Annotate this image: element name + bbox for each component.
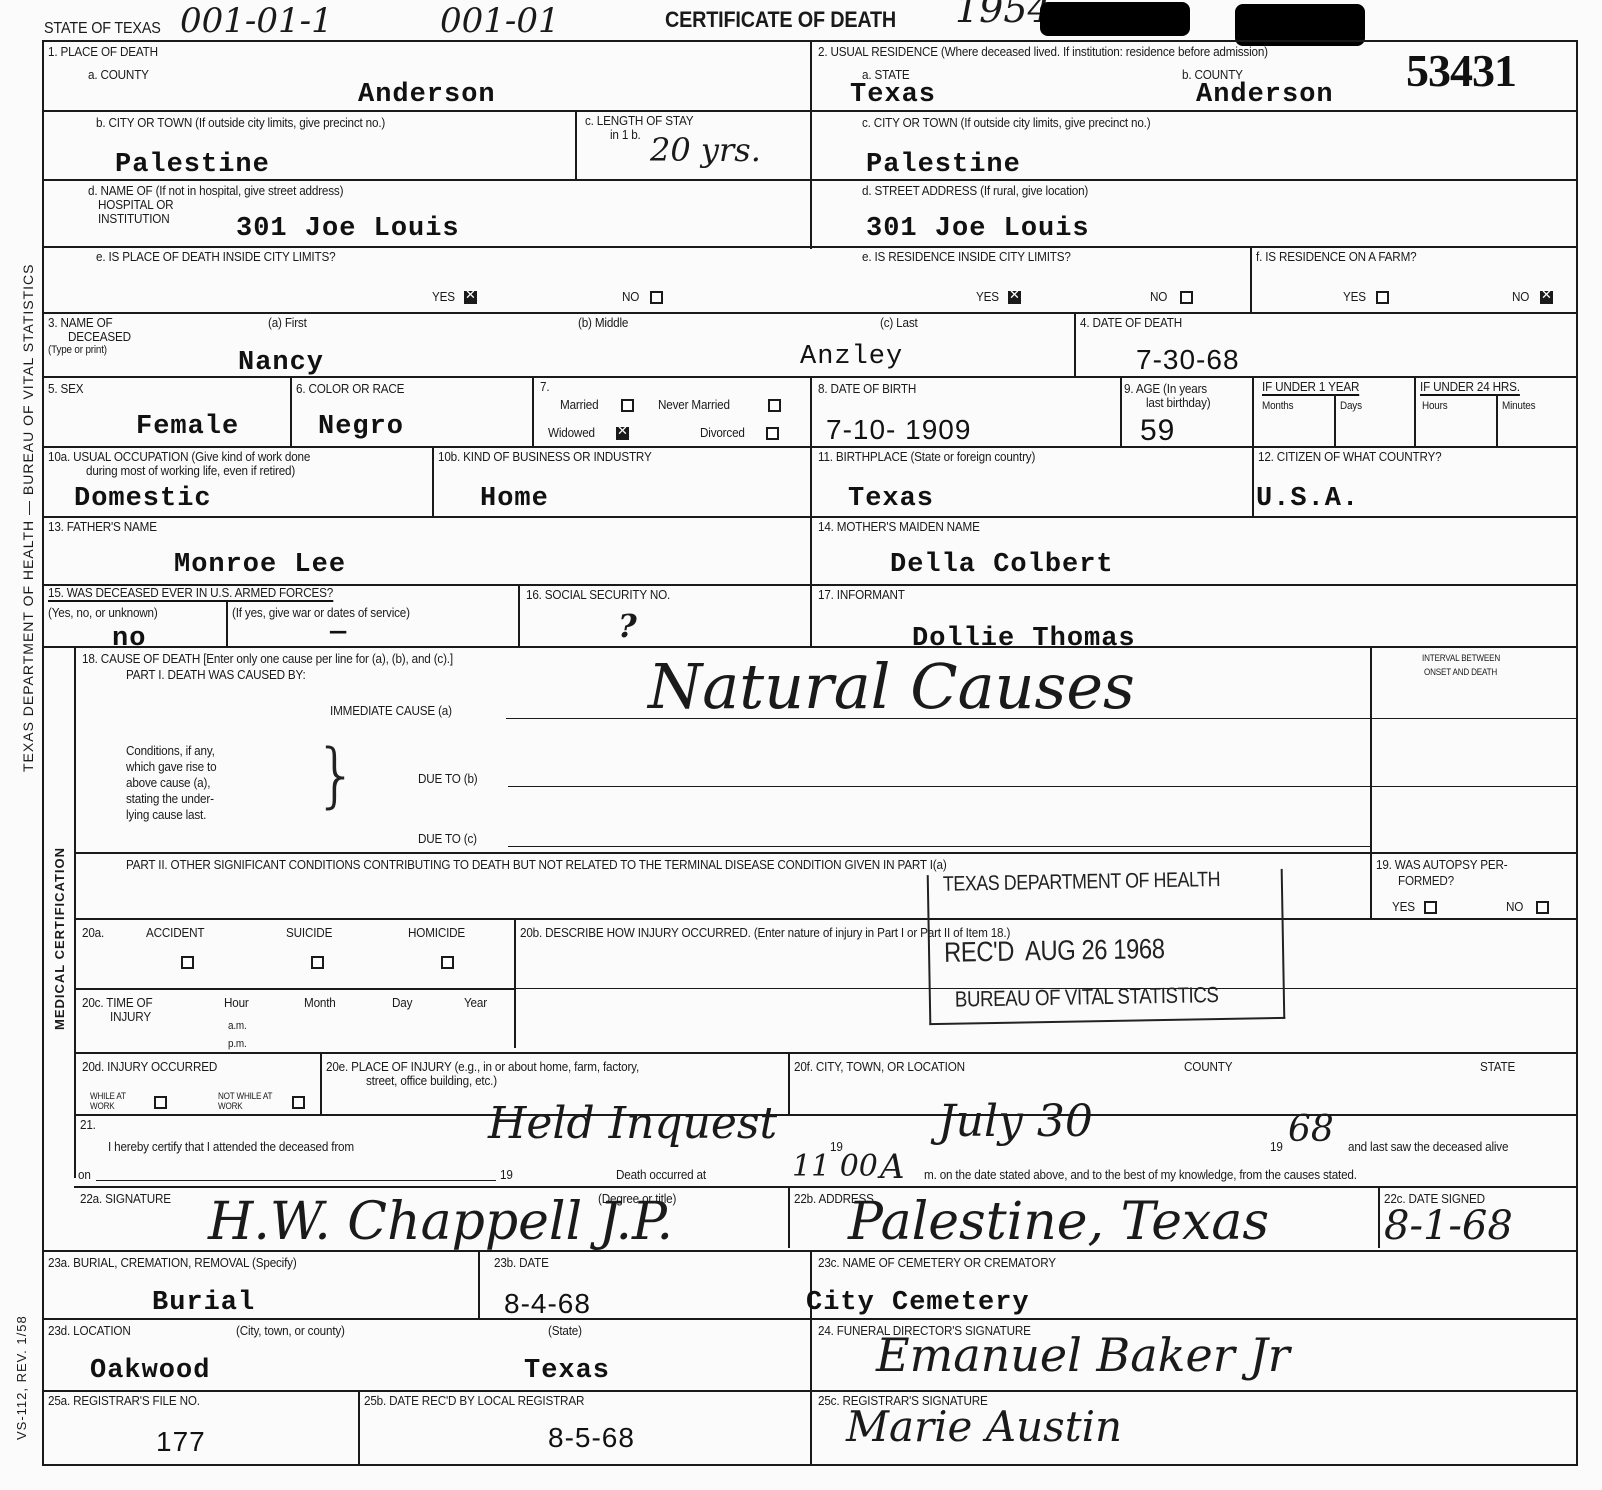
informant-value: Dollie Thomas	[912, 626, 1136, 653]
medical-certification-side-text: MEDICAL CERTIFICATION	[52, 847, 67, 1030]
death-inside-yes-checkbox[interactable]	[464, 291, 477, 304]
certification-19-year: 19	[1270, 1140, 1283, 1154]
immediate-cause-label: IMMEDIATE CAUSE (a)	[330, 704, 452, 718]
divider	[226, 602, 228, 646]
registrar-date-value: 8-5-68	[548, 1424, 635, 1452]
not-while-work-label: NOT WHILE AT WORK	[218, 1092, 281, 1112]
conditions-brace: }	[314, 740, 359, 810]
burial-date-label: 23b. DATE	[494, 1256, 549, 1270]
residence-inside-no-checkbox[interactable]	[1180, 291, 1193, 304]
stay-value: 20 yrs.	[650, 134, 761, 166]
divider	[810, 446, 812, 516]
conditions-line-1: Conditions, if any,	[126, 744, 215, 758]
residence-inside-yes-checkbox[interactable]	[1008, 291, 1021, 304]
citizen-label: 12. CITIZEN OF WHAT COUNTRY?	[1258, 450, 1441, 464]
location-state-value: Texas	[524, 1358, 610, 1385]
registrar-file-value: 177	[156, 1428, 206, 1456]
divider	[290, 376, 292, 446]
divider	[1496, 394, 1498, 446]
while-work-checkbox[interactable]	[154, 1096, 167, 1109]
day-label: Day	[392, 996, 412, 1010]
injury-state-label: STATE	[1480, 1060, 1515, 1074]
death-inside-limits-label: e. IS PLACE OF DEATH INSIDE CITY LIMITS?	[96, 250, 335, 264]
divider	[1252, 446, 1254, 516]
residence-city-value: Palestine	[866, 152, 1021, 179]
due-to-c-label: DUE TO (c)	[418, 832, 477, 846]
race-label: 6. COLOR OR RACE	[296, 382, 404, 396]
armed-war-value: —	[330, 620, 347, 647]
not-while-work-checkbox[interactable]	[292, 1096, 305, 1109]
place-of-death-label: 1. PLACE OF DEATH	[48, 45, 158, 59]
location-state-label: (State)	[548, 1324, 582, 1338]
divider	[810, 376, 812, 446]
farm-no-label: NO	[1512, 290, 1529, 304]
conditions-line-3: above cause (a),	[126, 776, 210, 790]
widowed-checkbox[interactable]	[616, 427, 629, 440]
handwritten-code-1: 001-01-1	[180, 4, 333, 38]
row-divider	[42, 646, 1577, 648]
physician-signature: H.W. Chappell J.P.	[208, 1196, 673, 1248]
form-number-side-text: VS-112, REV. 1/58	[14, 1315, 29, 1440]
suicide-checkbox[interactable]	[311, 956, 324, 969]
divider	[320, 1052, 322, 1114]
age-label-2: last birthday)	[1146, 396, 1210, 410]
hospital-label-3: INSTITUTION	[98, 212, 169, 226]
burial-date-value: 8-4-68	[504, 1290, 591, 1318]
divider	[518, 584, 520, 646]
death-date-value: 7-30-68	[1136, 346, 1240, 374]
injury-type-label: 20a.	[82, 926, 104, 940]
row-divider	[42, 110, 1577, 112]
farm-label: f. IS RESIDENCE ON A FARM?	[1256, 250, 1416, 264]
burial-method-value: Burial	[152, 1290, 255, 1317]
days-label: Days	[1340, 400, 1362, 412]
registrar-date-label: 25b. DATE REC'D BY LOCAL REGISTRAR	[364, 1394, 584, 1408]
hour-label: Hour	[224, 996, 249, 1010]
frame-bottom	[42, 1464, 1578, 1466]
residence-inside-yes-label: YES	[976, 290, 999, 304]
residence-county-value: Anderson	[1196, 82, 1334, 109]
injury-occurred-label: 20d. INJURY OCCURRED	[82, 1060, 217, 1074]
birth-date-value: 7-10- 1909	[826, 416, 971, 444]
farm-divider	[1250, 246, 1252, 312]
stay-label-2: in 1 b.	[610, 128, 641, 142]
am-handwritten: A	[880, 1150, 905, 1184]
due-c-line	[508, 846, 1372, 847]
name-label-3: (Type or print)	[48, 344, 107, 356]
stamp-line-2: REC'D AUG 26 1968	[944, 933, 1165, 969]
divider	[810, 516, 812, 646]
row-divider	[42, 1390, 1577, 1392]
farm-no-checkbox[interactable]	[1540, 291, 1553, 304]
under-1-year-label: IF UNDER 1 YEAR	[1262, 380, 1359, 396]
divider	[1414, 376, 1416, 446]
occupation-value: Domestic	[74, 486, 212, 513]
certification-text-3: m. on the date stated above, and to the …	[924, 1168, 1357, 1182]
row-divider	[42, 246, 1577, 248]
mother-label: 14. MOTHER'S MAIDEN NAME	[818, 520, 980, 534]
divider	[478, 1250, 480, 1318]
armed-forces-label: 15. WAS DECEASED EVER IN U.S. ARMED FORC…	[48, 586, 333, 602]
redaction-block-1	[1040, 2, 1190, 36]
never-married-label: Never Married	[658, 398, 730, 412]
stamp-line-3: BUREAU OF VITAL STATISTICS	[955, 982, 1219, 1013]
pm-label: p.m.	[228, 1038, 247, 1050]
attended-handwritten: Held Inquest	[488, 1102, 777, 1146]
conditions-line-5: lying cause last.	[126, 808, 206, 822]
first-name-value: Nancy	[238, 350, 324, 377]
age-value: 59	[1140, 416, 1175, 446]
hours-label: Hours	[1422, 400, 1448, 412]
injury-county-label: COUNTY	[1184, 1060, 1232, 1074]
registrar-file-label: 25a. REGISTRAR'S FILE NO.	[48, 1394, 200, 1408]
divider	[432, 446, 434, 516]
death-date-label: 4. DATE OF DEATH	[1080, 316, 1182, 330]
informant-label: 17. INFORMANT	[818, 588, 905, 602]
autopsy-label-1: 19. WAS AUTOPSY PER-	[1376, 858, 1507, 872]
signature-label: 22a. SIGNATURE	[80, 1192, 171, 1206]
citizen-value: U.S.A.	[1256, 486, 1359, 513]
death-occurred-label: Death occurred at	[616, 1168, 706, 1182]
stamp-line-1: TEXAS DEPARTMENT OF HEALTH	[943, 868, 1221, 897]
residence-inside-no-label: NO	[1150, 290, 1167, 304]
year-label: Year	[464, 996, 487, 1010]
interval-label-1: INTERVAL BETWEEN	[1422, 654, 1500, 664]
row-divider	[74, 988, 514, 990]
year-handwritten: 68	[1288, 1112, 1334, 1148]
race-value: Negro	[318, 414, 404, 441]
divider	[358, 1390, 360, 1464]
residence-state-value: Texas	[850, 82, 936, 109]
middle-name-label: (b) Middle	[578, 316, 628, 330]
divider	[514, 918, 516, 1048]
certification-text-1: I hereby certify that I attended the dec…	[108, 1140, 354, 1154]
death-city-label: b. CITY OR TOWN (If outside city limits,…	[96, 116, 385, 130]
ssn-label: 16. SOCIAL SECURITY NO.	[526, 588, 670, 602]
immediate-cause-value: Natural Causes	[648, 656, 1135, 718]
row-divider	[74, 1114, 1577, 1116]
last-name-label: (c) Last	[880, 316, 918, 330]
interval-divider	[1370, 646, 1372, 920]
divorced-label: Divorced	[700, 426, 745, 440]
certificate-number: 53431	[1406, 44, 1516, 97]
occupation-label-2: during most of working life, even if ret…	[86, 464, 295, 478]
accident-checkbox[interactable]	[181, 956, 194, 969]
autopsy-label-2: FORMED?	[1398, 874, 1454, 888]
time-handwritten: 11 00	[792, 1152, 878, 1182]
under-24-label: IF UNDER 24 HRS.	[1420, 380, 1520, 396]
time-injury-label-2: INJURY	[110, 1010, 151, 1024]
first-name-label: (a) First	[268, 316, 307, 330]
place-injury-label-2: street, office building, etc.)	[366, 1074, 497, 1088]
due-to-b-label: DUE TO (b)	[418, 772, 478, 786]
minutes-label: Minutes	[1502, 400, 1535, 412]
divorced-checkbox[interactable]	[766, 427, 779, 440]
frame-left	[42, 40, 44, 1466]
interval-line	[1370, 786, 1576, 787]
death-inside-yes-label: YES	[432, 290, 455, 304]
divider	[810, 1250, 812, 1464]
location-city-value: Oakwood	[90, 1358, 210, 1385]
on-line	[96, 1180, 496, 1181]
divider-place-residence	[810, 40, 812, 249]
frame-right	[1576, 40, 1578, 1466]
burial-method-label: 23a. BURIAL, CREMATION, REMOVAL (Specify…	[48, 1256, 297, 1270]
row-divider	[74, 852, 1577, 854]
autopsy-yes-label: YES	[1392, 900, 1415, 914]
handwritten-code-2: 001-01	[440, 4, 560, 38]
armed-yn-label: (Yes, no, or unknown)	[48, 606, 158, 620]
married-checkbox[interactable]	[621, 399, 634, 412]
state-label: STATE OF TEXAS	[44, 20, 161, 38]
armed-forces-value: no	[112, 626, 146, 653]
death-city-value: Palestine	[115, 152, 270, 179]
never-married-checkbox[interactable]	[768, 399, 781, 412]
sex-label: 5. SEX	[48, 382, 83, 396]
ssn-value: ?	[618, 610, 637, 642]
month-label: Month	[304, 996, 336, 1010]
father-label: 13. FATHER'S NAME	[48, 520, 157, 534]
row-divider	[74, 1052, 1577, 1054]
industry-label: 10b. KIND OF BUSINESS OR INDUSTRY	[438, 450, 652, 464]
residence-street-label: d. STREET ADDRESS (If rural, give locati…	[862, 184, 1088, 198]
row-divider	[74, 918, 1577, 920]
father-value: Monroe Lee	[174, 552, 346, 579]
divider	[1252, 376, 1254, 446]
last-name-value: Anzley	[800, 344, 903, 371]
conditions-line-2: which gave rise to	[126, 760, 216, 774]
cemetery-value: City Cemetery	[806, 1290, 1030, 1317]
divider	[1120, 376, 1122, 446]
row-divider	[74, 1186, 1577, 1188]
row-divider	[42, 1318, 1577, 1320]
farm-yes-checkbox[interactable]	[1376, 291, 1389, 304]
married-label: Married	[560, 398, 598, 412]
while-work-label: WHILE AT WORK	[90, 1092, 144, 1112]
part2-label: PART II. OTHER SIGNIFICANT CONDITIONS CO…	[126, 858, 947, 872]
months-label: Months	[1262, 400, 1293, 412]
location-label: 23d. LOCATION	[48, 1324, 131, 1338]
row-divider	[42, 179, 1577, 181]
residence-city-label: c. CITY OR TOWN (If outside city limits,…	[862, 116, 1150, 130]
divider	[788, 1186, 790, 1248]
cause-label: 18. CAUSE OF DEATH [Enter only one cause…	[82, 652, 453, 666]
address-value: Palestine, Texas	[848, 1196, 1269, 1248]
homicide-label: HOMICIDE	[408, 926, 465, 940]
am-label: a.m.	[228, 1020, 247, 1032]
certification-number: 21.	[80, 1118, 96, 1132]
cemetery-label: 23c. NAME OF CEMETERY OR CREMATORY	[818, 1256, 1056, 1270]
divider	[1378, 1186, 1380, 1248]
due-b-line	[508, 786, 1372, 787]
birthplace-value: Texas	[848, 486, 934, 513]
conditions-line-4: stating the under-	[126, 792, 214, 806]
armed-war-label: (If yes, give war or dates of service)	[232, 606, 410, 620]
hospital-value: 301 Joe Louis	[236, 216, 460, 243]
certification-text-2: and last saw the deceased alive	[1348, 1140, 1508, 1154]
widowed-label: Widowed	[548, 426, 595, 440]
accident-label: ACCIDENT	[146, 926, 204, 940]
medical-rail	[74, 646, 76, 1178]
divider	[1334, 394, 1336, 446]
registrar-signature: Marie Austin	[846, 1406, 1122, 1448]
residence-street-value: 301 Joe Louis	[866, 216, 1090, 243]
location-city-label: (City, town, or county)	[236, 1324, 345, 1338]
date-handwritten: July 30	[938, 1100, 1093, 1144]
certification-19b: 19	[500, 1168, 513, 1182]
part1-label: PART I. DEATH WAS CAUSED BY:	[126, 668, 306, 682]
on-label: on	[78, 1168, 91, 1182]
marital-label: 7.	[540, 380, 549, 394]
death-date-divider	[1074, 312, 1076, 376]
stay-divider	[575, 110, 577, 179]
death-county-value: Anderson	[358, 82, 496, 109]
date-signed-value: 8-1-68	[1384, 1206, 1513, 1246]
autopsy-yes-checkbox[interactable]	[1424, 901, 1437, 914]
name-label-2: DECEASED	[68, 330, 131, 344]
mother-value: Della Colbert	[890, 552, 1114, 579]
homicide-checkbox[interactable]	[441, 956, 454, 969]
autopsy-no-label: NO	[1506, 900, 1523, 914]
department-side-text: TEXAS DEPARTMENT OF HEALTH — BUREAU OF V…	[20, 263, 36, 772]
autopsy-no-checkbox[interactable]	[1536, 901, 1549, 914]
row-divider	[42, 312, 1577, 314]
handwritten-number: 1954	[955, 0, 1052, 28]
interval-label-2: ONSET AND DEATH	[1424, 668, 1497, 678]
birth-date-label: 8. DATE OF BIRTH	[818, 382, 916, 396]
death-inside-no-label: NO	[622, 290, 639, 304]
farm-yes-label: YES	[1343, 290, 1366, 304]
death-county-label: a. COUNTY	[88, 68, 149, 82]
divider	[788, 1052, 790, 1114]
birthplace-label: 11. BIRTHPLACE (State or foreign country…	[818, 450, 1035, 464]
received-stamp: TEXAS DEPARTMENT OF HEALTH REC'D AUG 26 …	[927, 869, 1286, 1025]
death-inside-no-checkbox[interactable]	[650, 291, 663, 304]
sex-value: Female	[136, 414, 239, 441]
interval-line	[1370, 718, 1576, 719]
residence-inside-limits-label: e. IS RESIDENCE INSIDE CITY LIMITS?	[862, 250, 1071, 264]
residence-label: 2. USUAL RESIDENCE (Where deceased lived…	[818, 45, 1268, 59]
funeral-director-signature: Emanuel Baker Jr	[876, 1332, 1290, 1378]
certificate-title: CERTIFICATE OF DEATH	[665, 8, 896, 32]
injury-city-label: 20f. CITY, TOWN, OR LOCATION	[794, 1060, 965, 1074]
divider	[532, 376, 534, 446]
suicide-label: SUICIDE	[286, 926, 332, 940]
industry-value: Home	[480, 486, 549, 513]
